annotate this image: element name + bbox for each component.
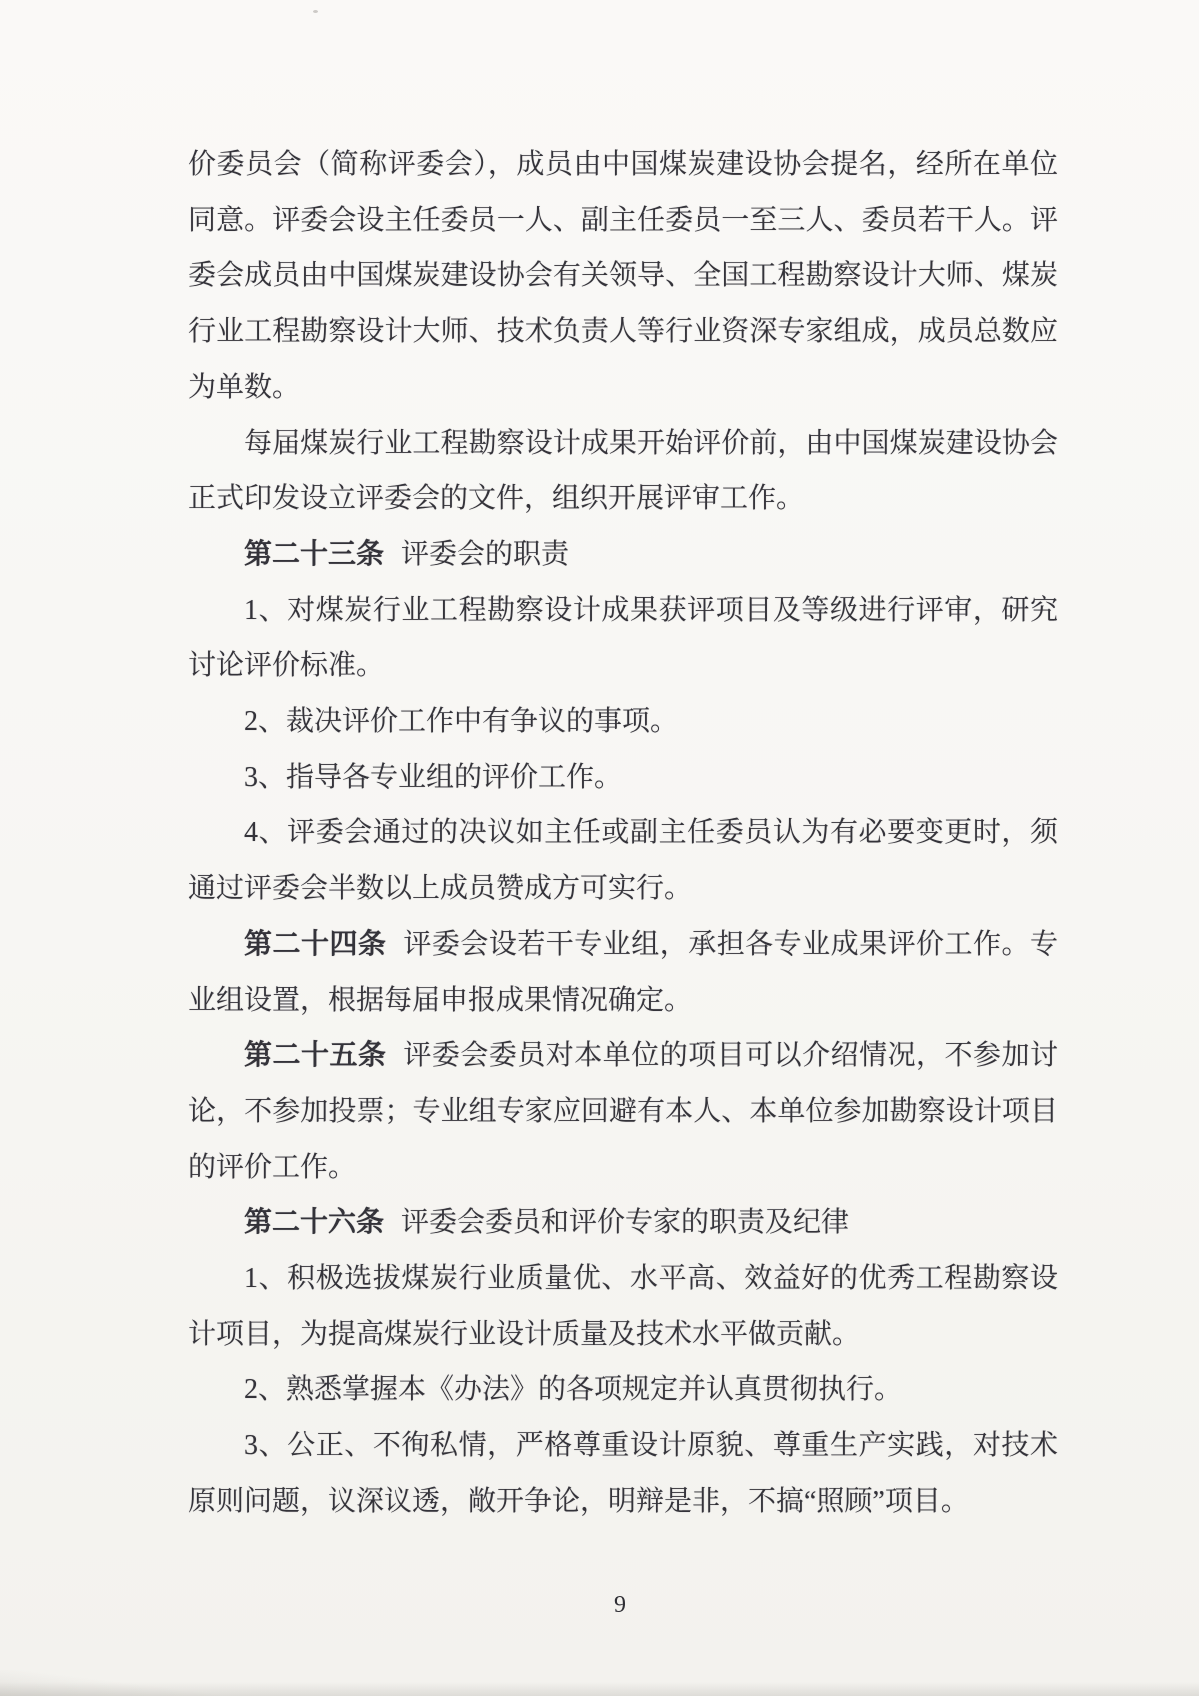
list-item-2: 2、裁决评价工作中有争议的事项。 [188,694,1058,750]
article-23-heading: 第二十三条 [244,539,384,570]
article-23: 第二十三条评委会的职责 [188,527,1058,583]
article-25: 第二十五条评委会委员对本单位的项目可以介绍情况，不参加讨论，不参加投票；专业组专… [188,1028,1058,1195]
paragraph-text: 2、裁决评价工作中有争议的事项。 [244,706,678,737]
paragraph-text: 2、熟悉掌握本《办法》的各项规定并认真贯彻执行。 [244,1374,902,1405]
list-item-3: 3、指导各专业组的评价工作。 [188,750,1058,806]
paragraph-continuation: 价委员会（简称评委会），成员由中国煤炭建设协会提名，经所在单位同意。评委会设主任… [188,137,1058,416]
paragraph-text: 价委员会（简称评委会），成员由中国煤炭建设协会提名，经所在单位同意。评委会设主任… [188,149,1058,403]
list-item-1b: 1、积极选拔煤炭行业质量优、水平高、效益好的优秀工程勘察设计项目，为提高煤炭行业… [188,1251,1058,1362]
paragraph-text: 3、公正、不徇私情，严格尊重设计原貌、尊重生产实践，对技术原则问题，议深议透，敞… [188,1430,1058,1517]
list-item-2b: 2、熟悉掌握本《办法》的各项规定并认真贯彻执行。 [188,1362,1058,1418]
paragraph-text: 3、指导各专业组的评价工作。 [244,762,622,793]
paragraph-text: 每届煤炭行业工程勘察设计成果开始评价前，由中国煤炭建设协会正式印发设立评委会的文… [188,428,1058,515]
document-body: 价委员会（简称评委会），成员由中国煤炭建设协会提名，经所在单位同意。评委会设主任… [188,0,1058,1530]
paragraph: 每届煤炭行业工程勘察设计成果开始评价前，由中国煤炭建设协会正式印发设立评委会的文… [188,416,1058,527]
scan-bottom-shadow [0,1682,1199,1696]
paragraph-text: 评委会委员和评价专家的职责及纪律 [401,1207,849,1238]
list-item-1: 1、对煤炭行业工程勘察设计成果获评项目及等级进行评审，研究讨论评价标准。 [188,583,1058,694]
page-number: 9 [0,1590,1199,1620]
article-26-heading: 第二十六条 [244,1207,384,1238]
paragraph-text: 评委会的职责 [401,539,569,570]
list-item-3b: 3、公正、不徇私情，严格尊重设计原貌、尊重生产实践，对技术原则问题，议深议透，敞… [188,1418,1058,1529]
article-24-heading: 第二十四条 [244,929,386,960]
article-25-heading: 第二十五条 [244,1040,386,1071]
scanned-document-page: 价委员会（简称评委会），成员由中国煤炭建设协会提名，经所在单位同意。评委会设主任… [0,0,1199,1696]
article-24: 第二十四条评委会设若干专业组，承担各专业成果评价工作。专业组设置，根据每届申报成… [188,917,1058,1028]
paragraph-text: 4、评委会通过的决议如主任或副主任委员认为有必要变更时，须通过评委会半数以上成员… [188,817,1058,904]
paragraph-text: 1、积极选拔煤炭行业质量优、水平高、效益好的优秀工程勘察设计项目，为提高煤炭行业… [188,1263,1058,1350]
list-item-4: 4、评委会通过的决议如主任或副主任委员认为有必要变更时，须通过评委会半数以上成员… [188,805,1058,916]
scan-speck [313,10,318,13]
article-26: 第二十六条评委会委员和评价专家的职责及纪律 [188,1195,1058,1251]
paragraph-text: 1、对煤炭行业工程勘察设计成果获评项目及等级进行评审，研究讨论评价标准。 [188,595,1058,682]
